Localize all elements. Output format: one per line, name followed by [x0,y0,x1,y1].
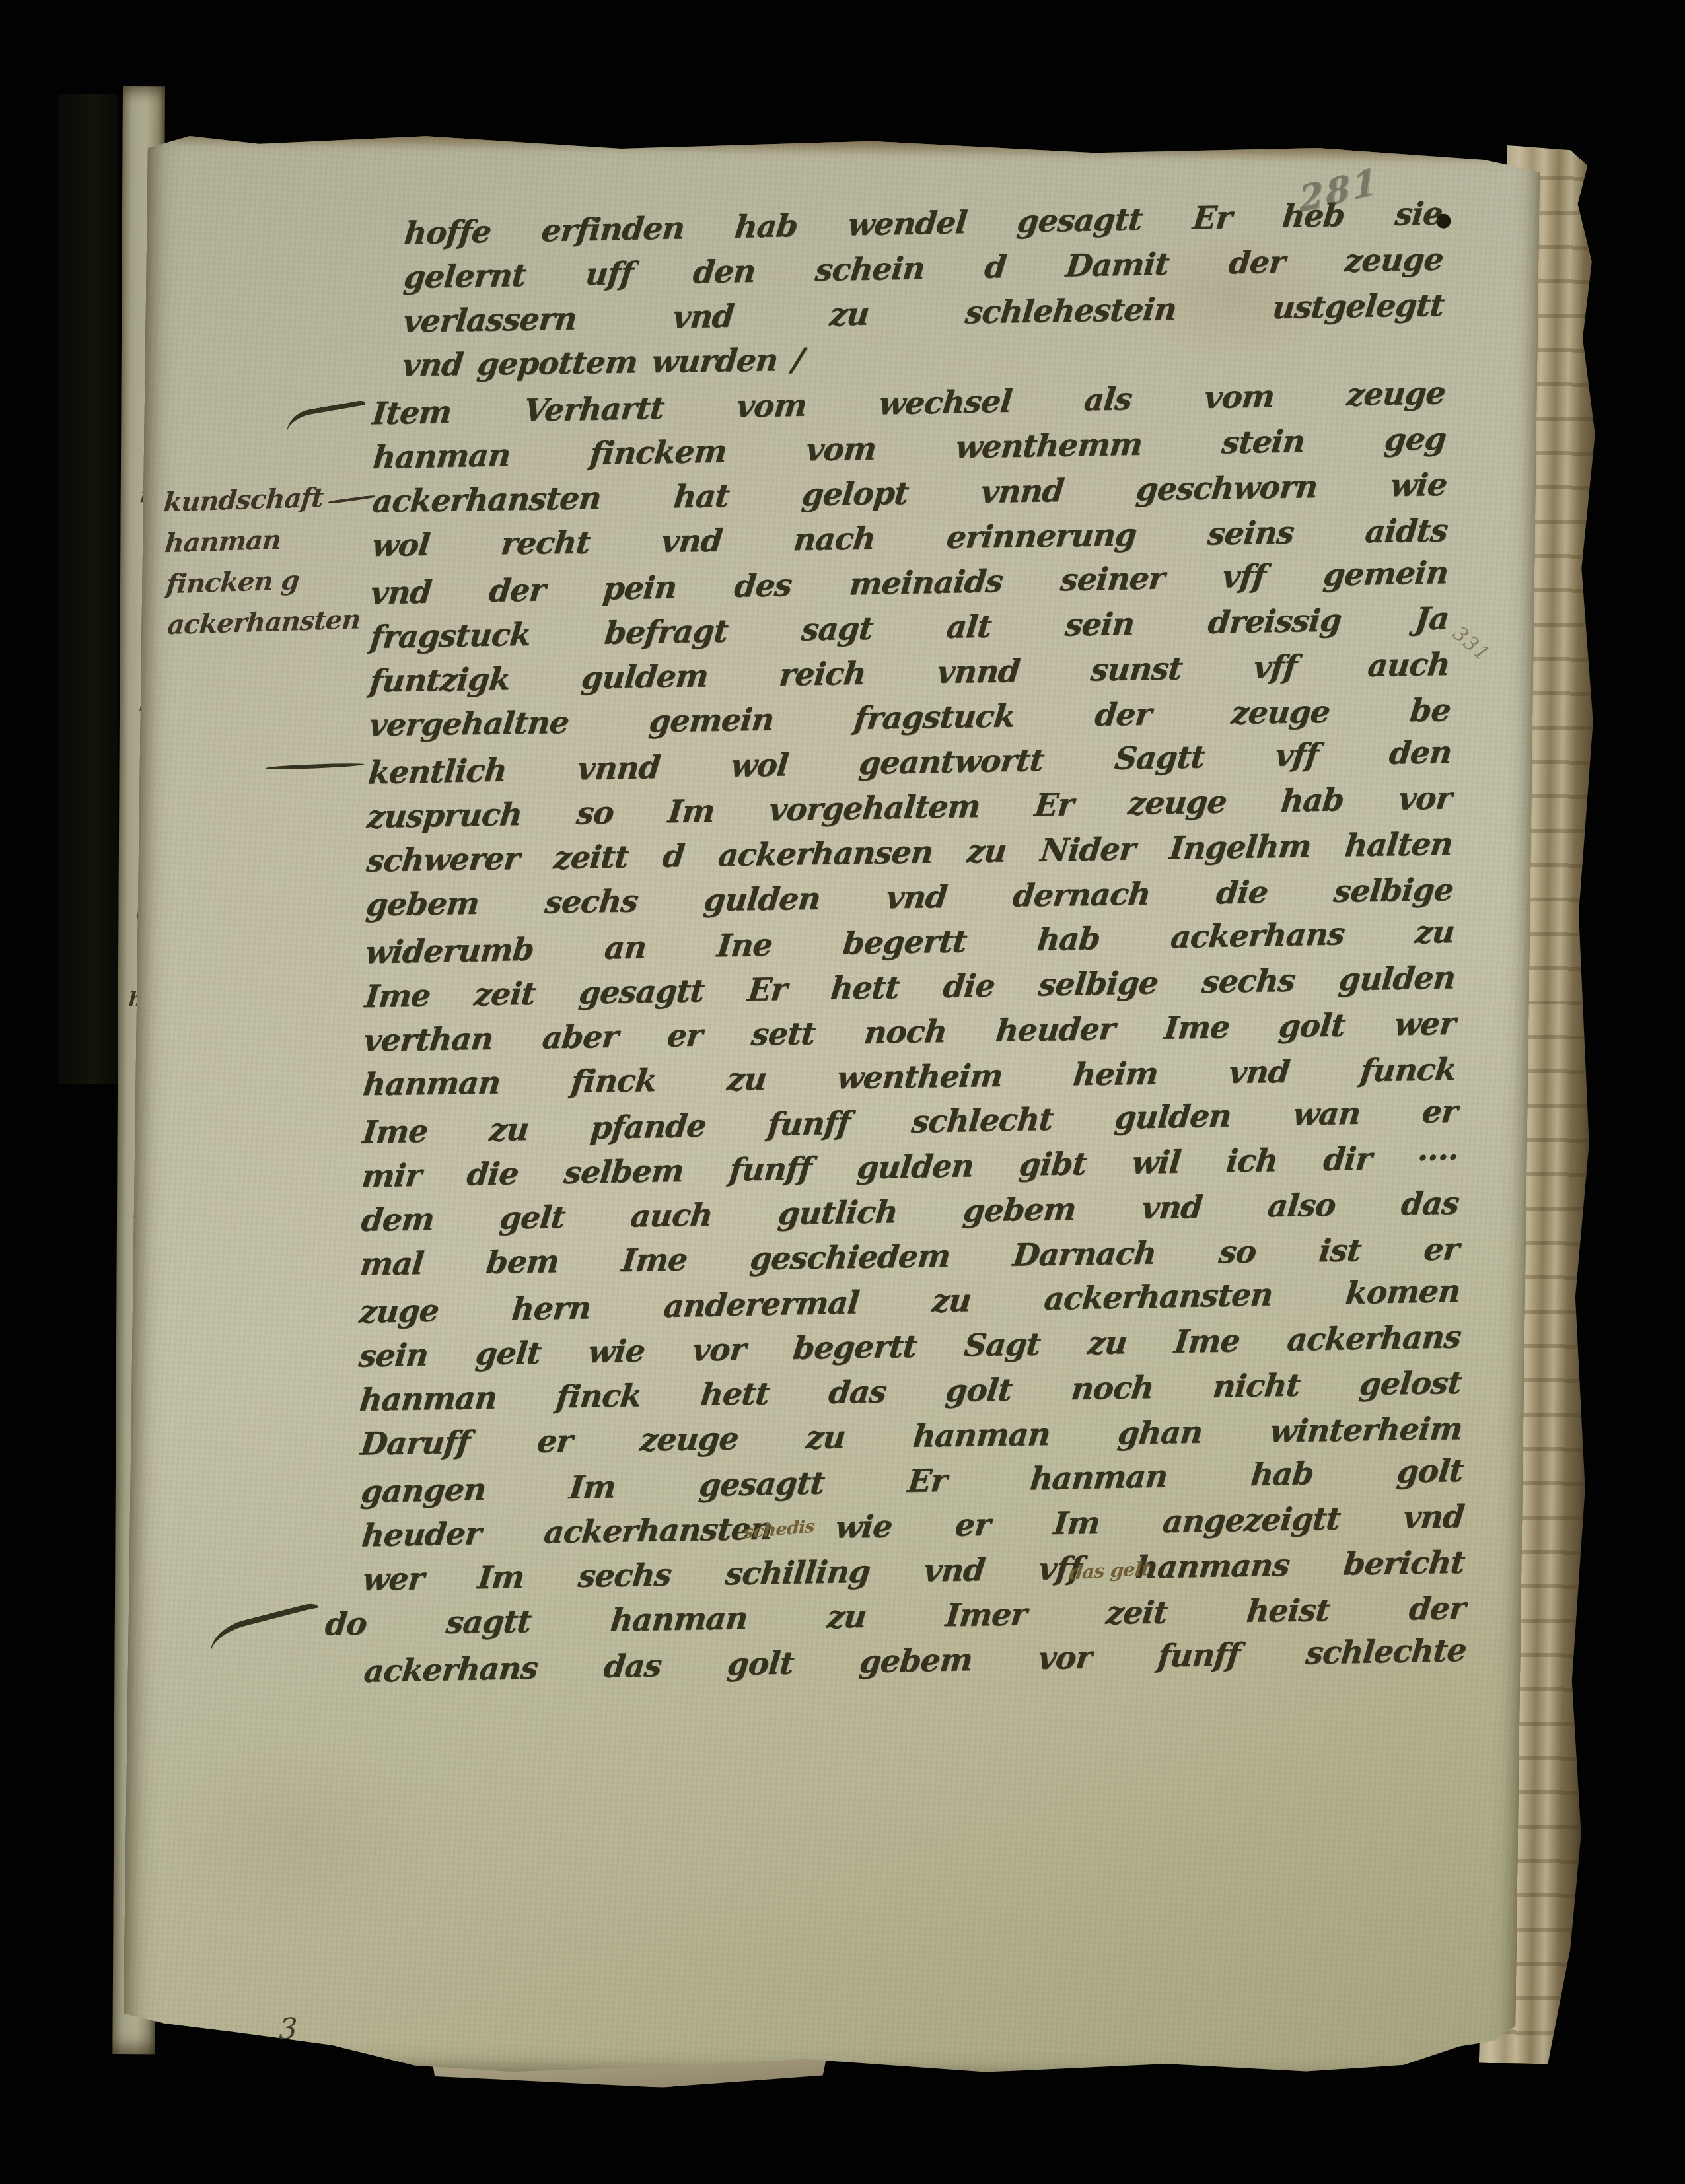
photo-stage: ßmbigAerhmstyrnchetrgo 281 331 kundschaf… [0,0,1685,2184]
manuscript-page: 281 331 kundschafthanmanfincken gackerha… [122,127,1540,2088]
bottom-ink-mark: 3 [279,2012,298,2047]
interlinear-note: das gelt [1069,1557,1151,1584]
text-block: hoffe erfinden hab wendel gesagtt Er heb… [340,195,1466,1695]
underlying-leaf-sliver [58,94,118,1084]
pencil-side-mark: 331 [1448,622,1495,667]
